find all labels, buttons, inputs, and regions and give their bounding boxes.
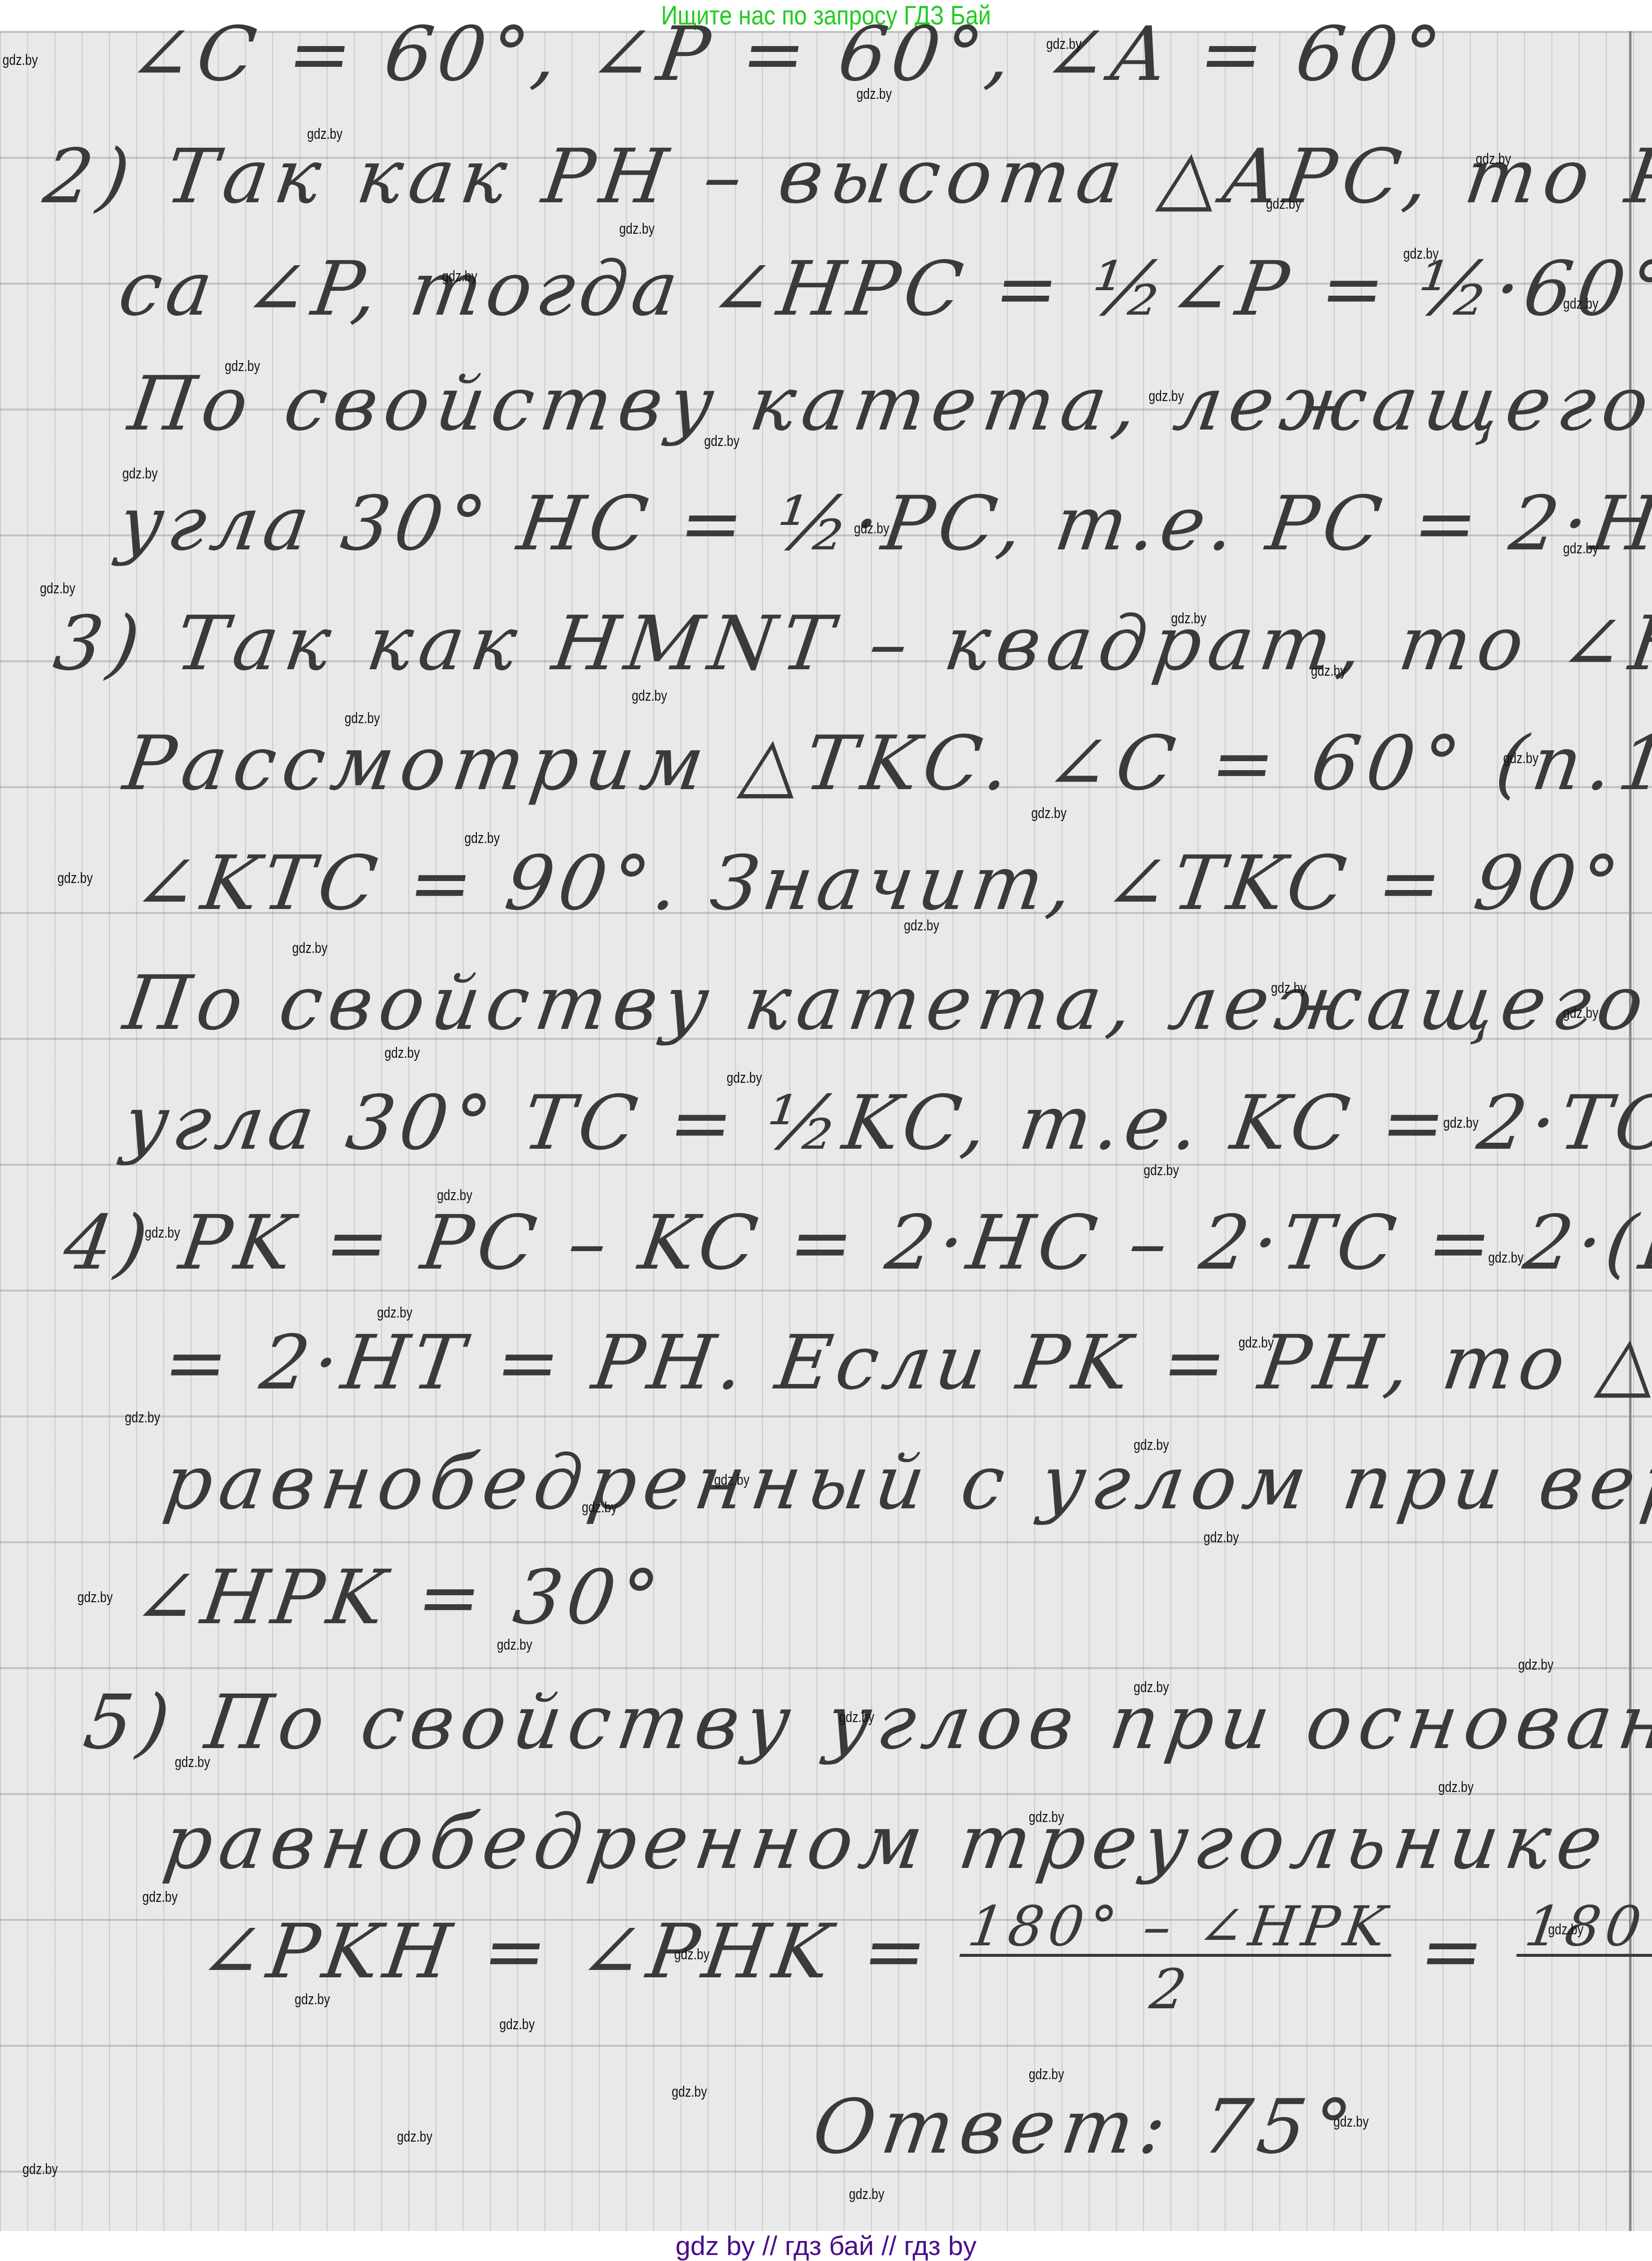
- watermark: gdz.by: [727, 1070, 762, 1087]
- watermark: gdz.by: [1311, 663, 1346, 680]
- watermark: gdz.by: [839, 1709, 874, 1726]
- watermark: gdz.by: [1438, 1779, 1474, 1796]
- solution-line-1: ∠C = 60°, ∠P = 60°, ∠A = 60°: [124, 11, 1451, 98]
- watermark: gdz.by: [1134, 1679, 1169, 1696]
- bottom-banner: gdz by // гдз бай // гдз by: [0, 2231, 1652, 2261]
- watermark: gdz.by: [497, 1637, 532, 1654]
- watermark: gdz.by: [1239, 1335, 1274, 1352]
- watermark: gdz.by: [307, 126, 343, 143]
- watermark: gdz.by: [1031, 805, 1067, 822]
- notebook-page: ∠C = 60°, ∠P = 60°, ∠A = 60° 2) Так как …: [0, 31, 1652, 2231]
- fraction-2: 180° – 30° 2: [1508, 1899, 1652, 2017]
- solution-line-8: ∠KTC = 90°. Значит, ∠TKC = 90° – ∠C = 90…: [129, 840, 1652, 927]
- watermark: gdz.by: [1563, 296, 1599, 313]
- solution-line-16: равнобедренном треугольнике: [159, 1799, 1615, 1886]
- watermark: gdz.by: [292, 940, 328, 957]
- solution-line-2: 2) Так как PH – высота △APC, то PH – бис…: [39, 133, 1652, 220]
- solution-line-4: По свойству катета, лежащего против: [124, 361, 1652, 448]
- solution-line-9: По свойству катета, лежащего против: [119, 960, 1652, 1047]
- watermark: gdz.by: [1266, 196, 1301, 213]
- watermark: gdz.by: [1029, 2066, 1064, 2083]
- watermark: gdz.by: [1488, 1250, 1524, 1267]
- watermark: gdz.by: [175, 1754, 210, 1771]
- solution-line-14: ∠HPK = 30°: [129, 1554, 669, 1641]
- watermark: gdz.by: [619, 221, 655, 238]
- watermark: gdz.by: [1443, 1115, 1479, 1132]
- watermark: gdz.by: [849, 2186, 884, 2203]
- watermark: gdz.by: [77, 1589, 113, 1606]
- watermark: gdz.by: [1144, 1162, 1179, 1179]
- solution-line-17: ∠PKH = ∠PHK = 180° – ∠HPK 2 = 180° – 30°…: [191, 1899, 1652, 2017]
- watermark: gdz.by: [1204, 1529, 1239, 1546]
- fraction-1: 180° – ∠HPK 2: [951, 1899, 1399, 2017]
- watermark: gdz.by: [1548, 1921, 1584, 1938]
- watermark: gdz.by: [437, 1187, 472, 1204]
- watermark: gdz.by: [40, 580, 75, 597]
- watermark: gdz.by: [1518, 1657, 1554, 1674]
- watermark: gdz.by: [464, 830, 500, 847]
- watermark: gdz.by: [2, 52, 38, 69]
- watermark: gdz.by: [1563, 540, 1599, 557]
- watermark: gdz.by: [295, 1991, 330, 2008]
- watermark: gdz.by: [1333, 2114, 1369, 2131]
- solution-line-13: равнобедренный с углом при вершине: [159, 1439, 1652, 1526]
- watermark: gdz.by: [1403, 246, 1439, 263]
- final-lhs: ∠PKH = ∠PHK =: [194, 1908, 937, 1995]
- watermark: gdz.by: [499, 2016, 535, 2033]
- solution-line-12: = 2·HT = PH. Если PK = PH, то △HPK –: [159, 1320, 1652, 1406]
- answer-line: Ответ: 75°: [808, 2084, 1363, 2171]
- watermark: gdz.by: [1046, 36, 1082, 53]
- watermark: gdz.by: [122, 465, 158, 482]
- watermark: gdz.by: [1503, 750, 1539, 767]
- watermark: gdz.by: [704, 433, 740, 450]
- watermark: gdz.by: [442, 268, 477, 285]
- watermark: gdz.by: [125, 1409, 160, 1426]
- watermark: gdz.by: [1271, 980, 1306, 997]
- watermark: gdz.by: [377, 1305, 413, 1322]
- watermark: gdz.by: [22, 2161, 58, 2178]
- solution-line-7: Рассмотрим △TKC. ∠C = 60° (п.1): [119, 720, 1652, 807]
- watermark: gdz.by: [714, 1472, 750, 1489]
- watermark: gdz.by: [145, 1225, 180, 1242]
- watermark: gdz.by: [854, 520, 889, 537]
- watermark: gdz.by: [225, 358, 260, 375]
- watermark: gdz.by: [397, 2129, 432, 2146]
- watermark: gdz.by: [57, 870, 93, 887]
- watermark: gdz.by: [904, 917, 939, 934]
- solution-line-6: 3) Так как HMNT – квадрат, то ∠HTK = ∠KT…: [49, 600, 1652, 687]
- watermark: gdz.by: [1476, 151, 1511, 168]
- solution-line-11: 4) PK = PC – KC = 2·HC – 2·TC = 2·(HC – …: [59, 1200, 1652, 1287]
- watermark: gdz.by: [142, 1889, 178, 1906]
- watermark: gdz.by: [1171, 610, 1207, 627]
- watermark: gdz.by: [672, 2084, 707, 2101]
- watermark: gdz.by: [385, 1045, 420, 1062]
- watermark: gdz.by: [582, 1499, 617, 1516]
- watermark: gdz.by: [1149, 388, 1184, 405]
- watermark: gdz.by: [1563, 1005, 1599, 1022]
- watermark: gdz.by: [632, 688, 667, 705]
- watermark: gdz.by: [1134, 1437, 1169, 1454]
- watermark: gdz.by: [1029, 1809, 1064, 1826]
- watermark: gdz.by: [345, 710, 380, 727]
- watermark: gdz.by: [856, 86, 892, 103]
- solution-line-10: угла 30° TC = ½KC, т.е. KC = 2·TC: [119, 1080, 1652, 1167]
- watermark: gdz.by: [674, 1946, 710, 1963]
